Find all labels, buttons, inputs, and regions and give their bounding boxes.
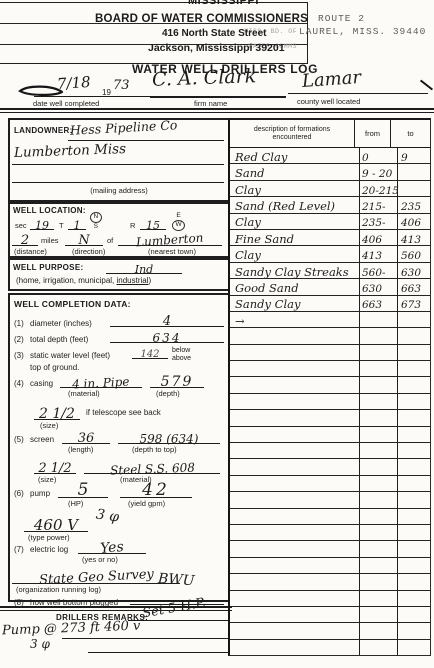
item6-label: pump: [30, 489, 50, 498]
casing-depth-value: 579: [161, 375, 194, 389]
formation-from-cell: [359, 591, 397, 606]
direction-field: N: [65, 221, 103, 246]
formation-to-cell: 235: [397, 197, 430, 212]
item6-num: (6): [14, 489, 24, 498]
org-address2: Jackson, Mississippi 39201: [148, 42, 285, 54]
table-row: [230, 574, 430, 590]
pump-yield-value: 42: [142, 482, 170, 499]
formations-from-header: from: [354, 120, 390, 147]
formation-desc-cell: Fine Sand: [230, 230, 359, 245]
item2-label: total depth (feet): [30, 335, 88, 344]
item2-num: (2): [14, 335, 24, 344]
table-row: Good Sand630663: [230, 279, 430, 295]
formations-desc-header-line2: encountered: [230, 134, 354, 142]
item6-power-field: 460 V: [24, 507, 88, 532]
item3-label: static water level (feet): [30, 351, 110, 360]
electric-log-value: Yes: [100, 540, 125, 556]
item6-yield-field: 42: [120, 471, 192, 498]
landowner-section: LANDOWNER: Hess Pipeline Co Lumberton Mi…: [8, 118, 230, 202]
formation-from-cell: 413: [359, 246, 397, 261]
formation-desc-cell: [230, 509, 359, 524]
formations-to-header: to: [390, 120, 430, 147]
formation-to-cell: [397, 394, 430, 409]
formation-desc-cell: Clay: [230, 181, 359, 196]
item7-org-field: State Geo Survey: [12, 557, 180, 584]
formations-header: description of formations encountered fr…: [230, 120, 430, 148]
above-label: above: [172, 355, 191, 363]
table-row: Clay413560: [230, 246, 430, 262]
formation-from-cell: [359, 558, 397, 573]
formation-from-cell: [359, 312, 397, 327]
below-label: below: [172, 347, 191, 355]
date-year-value: 73: [113, 79, 130, 92]
formation-desc-cell: [230, 345, 359, 360]
table-row: [230, 640, 430, 655]
formation-from-cell: [359, 410, 397, 425]
formation-from-cell: [359, 443, 397, 458]
formation-desc-cell: [230, 574, 359, 589]
formation-desc-cell: [230, 492, 359, 507]
item5-label: screen: [30, 435, 54, 444]
formation-to-cell: [397, 607, 430, 622]
table-row: Sandy Clay Streaks560-630: [230, 263, 430, 279]
town-field: Lumberton: [118, 221, 222, 246]
table-row: [230, 427, 430, 443]
formation-desc-cell: [230, 525, 359, 540]
item4-size-label: (size): [40, 421, 58, 430]
table-row: [230, 345, 430, 361]
formation-to-cell: [397, 623, 430, 638]
well-purpose-label: WELL PURPOSE:: [13, 263, 83, 272]
well-completion-section: WELL COMPLETION DATA: (1) diameter (inch…: [8, 293, 230, 602]
stray-pen-mark: [420, 80, 433, 91]
divider: [0, 108, 434, 110]
screen-depth-value: 598 (634): [140, 433, 199, 445]
formation-desc-cell: [230, 476, 359, 491]
table-row: Fine Sand406413: [230, 230, 430, 246]
formation-to-cell: [397, 181, 430, 196]
date-completed-value: 7/18: [57, 75, 92, 92]
item5-size-label: (size): [38, 475, 56, 484]
landowner-line3-rule: [12, 182, 224, 183]
formation-from-cell: [359, 492, 397, 507]
formation-to-cell: 630: [397, 263, 430, 278]
mailing-address-label: (mailing address): [10, 186, 228, 195]
formations-desc-header: description of formations encountered: [230, 126, 354, 142]
formation-desc-cell: [230, 394, 359, 409]
item4-telescope-note: if telescope see back: [86, 408, 161, 417]
item4-depth-label: (depth): [156, 389, 180, 398]
formation-desc-cell: [230, 640, 359, 655]
formation-to-cell: 406: [397, 214, 430, 229]
purpose-field: Ind: [106, 258, 182, 274]
formation-to-cell: [397, 410, 430, 425]
item4-depth-field: 579: [150, 365, 204, 388]
table-row: [230, 443, 430, 459]
formation-desc-cell: Red Clay: [230, 148, 359, 163]
formation-to-cell: [397, 361, 430, 376]
distance-value: 2: [21, 234, 29, 247]
county-value: Lamar: [301, 69, 361, 91]
table-row: [230, 623, 430, 639]
formation-from-cell: [359, 607, 397, 622]
county-underline: [288, 93, 428, 94]
remarks-rule2: [62, 638, 230, 639]
formation-from-cell: [359, 394, 397, 409]
formation-desc-cell: [230, 541, 359, 556]
formation-from-cell: 215-: [359, 197, 397, 212]
formation-to-cell: [397, 443, 430, 458]
formations-desc-header-line1: description of formations: [230, 126, 354, 134]
of-label: of: [107, 236, 113, 245]
firm-name-value: C. A. Clark: [152, 67, 257, 90]
formation-desc-cell: Sand: [230, 164, 359, 179]
formation-desc-cell: [230, 328, 359, 343]
table-row: Sand9 - 20: [230, 164, 430, 180]
firm-underline: [150, 96, 286, 98]
distance-label: (distance): [14, 247, 47, 256]
screen-length-value: 36: [78, 432, 95, 445]
formation-to-cell: [397, 328, 430, 343]
formation-desc-cell: [230, 607, 359, 622]
formation-from-cell: 663: [359, 296, 397, 311]
formation-from-cell: [359, 377, 397, 392]
formation-to-cell: [397, 509, 430, 524]
nearest-town-label: (nearest town): [148, 247, 196, 256]
item4-num: (4): [14, 379, 24, 388]
formation-to-cell: [397, 492, 430, 507]
table-row: [230, 558, 430, 574]
direction-label: (direction): [72, 247, 105, 256]
formation-desc-cell: [230, 410, 359, 425]
formation-desc-cell: [230, 459, 359, 474]
formation-from-cell: 20-215: [359, 181, 397, 196]
direction-value: N: [78, 234, 89, 247]
formation-to-cell: [397, 640, 430, 655]
formation-desc-cell: [230, 427, 359, 442]
item3-field: 142: [132, 342, 168, 359]
purpose-options-industrial: industrial: [116, 276, 148, 285]
date-completed-label: date well completed: [33, 99, 99, 108]
formation-from-cell: [359, 328, 397, 343]
formation-desc-cell: Sand (Red Level): [230, 197, 359, 212]
formation-from-cell: [359, 345, 397, 360]
state-title: MISSISSIPPI: [188, 0, 259, 7]
power-type-value: 460 V: [34, 518, 78, 533]
table-row: [230, 541, 430, 557]
bwu-annotation: BWU: [158, 572, 195, 589]
table-row: [230, 525, 430, 541]
landowner-line1-rule: [68, 140, 224, 141]
formation-from-cell: 235-: [359, 214, 397, 229]
formation-from-cell: [359, 459, 397, 474]
formation-from-cell: [359, 525, 397, 540]
formation-to-cell: [397, 476, 430, 491]
formations-table: description of formations encountered fr…: [228, 118, 431, 656]
formation-desc-cell: [230, 623, 359, 638]
formation-desc-cell: Good Sand: [230, 279, 359, 294]
formation-desc-cell: [230, 558, 359, 573]
purpose-options: (home, irrigation, municipal, industrial…: [16, 276, 151, 285]
date-underline: [34, 96, 153, 97]
item3-below-above: below above: [172, 347, 191, 363]
static-level-value: 142: [140, 350, 159, 360]
power-phase-value: 3 φ: [95, 507, 120, 524]
org-title: BOARD OF WATER COMMISSIONERS: [95, 13, 308, 25]
item4-size-field: 2 1/2: [34, 399, 80, 420]
formation-to-cell: [397, 558, 430, 573]
item1-num: (1): [14, 319, 24, 328]
distance-field: 2: [12, 221, 38, 246]
item5-num: (5): [14, 435, 24, 444]
table-row: [230, 476, 430, 492]
well-location-section: WELL LOCATION: sec 19 T 1 N S R 15 E W 2…: [8, 202, 230, 258]
formation-to-cell: 673: [397, 296, 430, 311]
formation-from-cell: [359, 541, 397, 556]
table-row: Red Clay09: [230, 148, 430, 164]
item7-field: Yes: [78, 531, 146, 554]
landowner-line2-rule: [12, 164, 224, 165]
formation-to-cell: [397, 427, 430, 442]
formation-from-cell: [359, 476, 397, 491]
item4-material-label: (material): [68, 389, 100, 398]
route-stamp-line1: ROUTE 2: [318, 13, 365, 24]
table-row: [230, 509, 430, 525]
formation-to-cell: 413: [397, 230, 430, 245]
formation-desc-cell: →: [230, 312, 359, 327]
formation-to-cell: 560: [397, 246, 430, 261]
formation-to-cell: [397, 345, 430, 360]
remarks-rule3: [88, 652, 230, 653]
formation-to-cell: [397, 541, 430, 556]
table-row: [230, 410, 430, 426]
formation-desc-cell: Sandy Clay: [230, 296, 359, 311]
formation-desc-cell: [230, 443, 359, 458]
formation-from-cell: [359, 509, 397, 524]
table-row: Sand (Red Level)215-235: [230, 197, 430, 213]
item6-hp-field: 5: [58, 471, 108, 498]
formation-from-cell: [359, 640, 397, 655]
purpose-options-post: ): [149, 276, 152, 285]
formation-to-cell: [397, 164, 430, 179]
formations-rows: Red Clay09Sand9 - 20Clay20-215Sand (Red …: [230, 148, 430, 655]
formation-desc-cell: [230, 377, 359, 392]
item5-depth-field: 598 (634): [118, 421, 220, 444]
formation-from-cell: [359, 427, 397, 442]
formation-desc-cell: [230, 591, 359, 606]
item6-yield-label: (yield gpm): [128, 499, 165, 508]
formation-to-cell: [397, 377, 430, 392]
table-row: [230, 492, 430, 508]
item4-label: casing: [30, 379, 53, 388]
table-row: [230, 377, 430, 393]
landowner-label: LANDOWNER:: [14, 126, 73, 135]
formation-from-cell: 630: [359, 279, 397, 294]
landowner-value: Hess Pipeline Co: [70, 119, 178, 137]
town-value: Lumberton: [136, 232, 204, 249]
table-row: →: [230, 312, 430, 328]
formation-to-cell: [397, 591, 430, 606]
landowner-address-value: Lumberton Miss: [14, 143, 126, 160]
purpose-value: Ind: [135, 264, 153, 275]
route-stamp-line2: LAUREL, MISS. 39440: [299, 26, 426, 37]
org-address1: 416 North State Street: [162, 28, 266, 39]
table-row: [230, 459, 430, 475]
table-row: [230, 328, 430, 344]
formation-from-cell: 406: [359, 230, 397, 245]
item2-field: 634: [110, 324, 224, 343]
formation-to-cell: 9: [397, 148, 430, 163]
county-label: county well located: [297, 97, 360, 106]
purpose-options-pre: (home, irrigation, municipal,: [16, 276, 116, 285]
item6-power-label: (type power): [28, 533, 70, 542]
formation-desc-cell: Clay: [230, 214, 359, 229]
table-row: [230, 394, 430, 410]
range-e: E: [176, 212, 180, 220]
table-row: Clay235-406: [230, 214, 430, 230]
item4-material-field: 4 in. Pipe: [60, 365, 142, 388]
table-row: [230, 607, 430, 623]
formation-desc-cell: [230, 361, 359, 376]
table-row: Clay20-215: [230, 181, 430, 197]
remarks-rule1: [128, 620, 230, 621]
well-purpose-section: WELL PURPOSE: Ind (home, irrigation, mun…: [8, 258, 230, 291]
table-row: [230, 361, 430, 377]
item7-org-label: (organization running log): [16, 585, 101, 594]
table-row: [230, 591, 430, 607]
remarks-line2: Pump @ 273 ft 460 v: [2, 620, 141, 638]
divider: [0, 112, 434, 113]
formation-to-cell: [397, 574, 430, 589]
formation-from-cell: [359, 574, 397, 589]
formation-from-cell: 0: [359, 148, 397, 163]
formation-from-cell: [359, 623, 397, 638]
item7-label: electric log: [30, 545, 68, 554]
formation-to-cell: [397, 459, 430, 474]
item5-length-field: 36: [62, 421, 110, 444]
township-label: T: [59, 221, 64, 230]
casing-size-value: 2 1/2: [39, 407, 75, 421]
formation-desc-cell: Sandy Clay Streaks: [230, 263, 359, 278]
item1-label: diameter (inches): [30, 319, 92, 328]
formation-from-cell: 9 - 20: [359, 164, 397, 179]
table-row: Sandy Clay663673: [230, 296, 430, 312]
formation-to-cell: [397, 525, 430, 540]
item7-num: (7): [14, 545, 24, 554]
formation-from-cell: [359, 361, 397, 376]
remarks-line3: 3 φ: [30, 638, 50, 650]
formation-from-cell: 560-: [359, 263, 397, 278]
pump-hp-value: 5: [78, 482, 89, 499]
item3-num: (3): [14, 351, 24, 360]
miles-label: miles: [41, 236, 59, 245]
formation-to-cell: 663: [397, 279, 430, 294]
formation-desc-cell: Clay: [230, 246, 359, 261]
firm-name-label: firm name: [194, 99, 227, 108]
formation-to-cell: [397, 312, 430, 327]
